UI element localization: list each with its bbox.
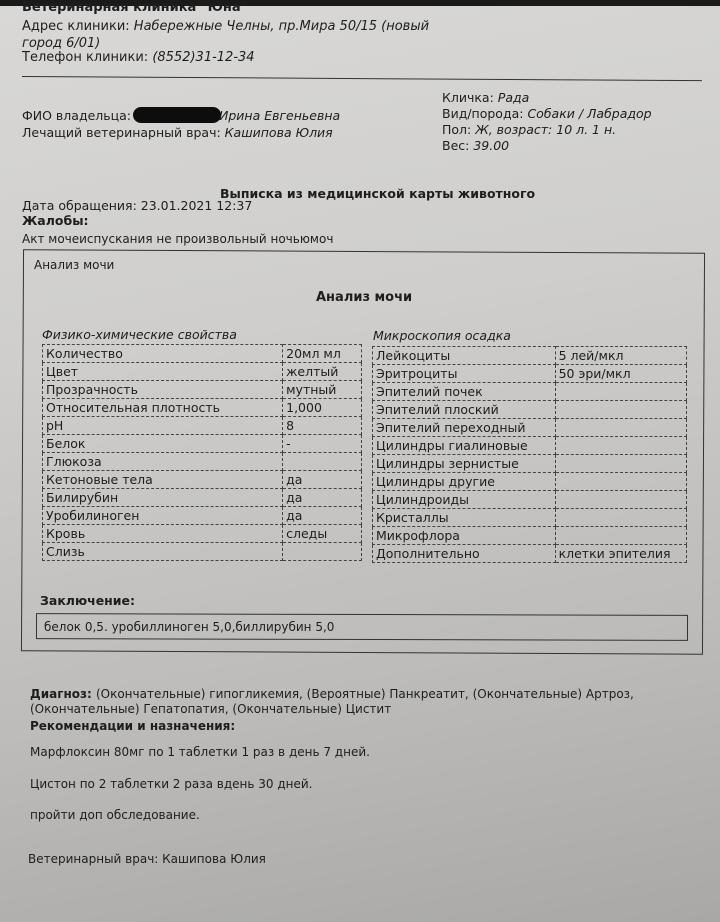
pet-weight-value: 39.00 [473, 138, 509, 153]
table-row: Цилиндры другие [373, 473, 687, 491]
conclusion-text: белок 0,5. уробиллиноген 5,0,биллирубин … [44, 620, 334, 634]
pet-name-value: Рада [498, 90, 530, 105]
complaints-heading: Жалобы: [22, 213, 89, 228]
parameter-name: Цилиндроиды [373, 491, 556, 509]
table-row: Микрофлора [373, 527, 687, 545]
parameter-name: Белок [43, 435, 283, 453]
pet-name-label: Кличка: [442, 90, 498, 105]
microscopy-table: Лейкоциты5 лей/мклЭритроциты50 эри/мклЭп… [372, 346, 687, 563]
complaints-text: Акт мочеиспускания не произвольный ночью… [22, 232, 333, 246]
parameter-value [283, 543, 362, 561]
parameter-name: pH [43, 417, 283, 435]
table-row: Цветжелтый [43, 363, 362, 381]
physchem-table: Количество20мл млЦветжелтыйПрозрачностьм… [42, 344, 362, 561]
table-row: Эпителий переходный [373, 419, 687, 437]
signature-label: Ветеринарный врач: [28, 852, 162, 866]
table-row: Лейкоциты5 лей/мкл [373, 347, 687, 365]
parameter-name: Уробилиноген [43, 507, 283, 525]
parameter-value: 8 [283, 417, 362, 435]
table-row: Цилиндры зернистые [373, 455, 687, 473]
table-row: Белок- [43, 435, 362, 453]
table-row: Кристаллы [373, 509, 687, 527]
table-row: pH8 [43, 417, 362, 435]
table-row: Прозрачностьмутный [43, 381, 362, 399]
recommendation-item: пройти доп обследование. [30, 808, 200, 822]
table-row: Билирубинда [43, 489, 362, 507]
parameter-name: Эритроциты [373, 365, 556, 383]
parameter-name: Дополнительно [373, 545, 556, 563]
header-divider [22, 76, 702, 81]
parameter-value: 5 лей/мкл [555, 347, 686, 365]
parameter-value: 20мл мл [283, 345, 362, 363]
parameter-name: Билирубин [43, 489, 283, 507]
signature-value: Кашипова Юлия [162, 852, 266, 866]
table-row: Эпителий плоский [373, 401, 687, 419]
parameter-value [555, 437, 686, 455]
parameter-name: Глюкоза [43, 453, 283, 471]
parameter-name: Цилиндры другие [373, 473, 556, 491]
pet-breed-label: Вид/порода: [442, 106, 527, 121]
parameter-name: Цвет [43, 363, 283, 381]
analysis-box-label: Анализ мочи [34, 258, 114, 272]
parameter-value [555, 527, 686, 545]
parameter-name: Эпителий почек [373, 383, 556, 401]
clinic-address-label: Адрес клиники: [22, 19, 134, 34]
signature: Ветеринарный врач: Кашипова Юлия [28, 852, 266, 866]
parameter-name: Эпителий плоский [373, 401, 556, 419]
pet-breed-value: Собаки / Лабрадор [527, 106, 651, 121]
conclusion-heading: Заключение: [40, 593, 135, 608]
table-row: Кровьследы [43, 525, 362, 543]
diagnosis: Диагноз: (Окончательные) гипогликемия, (… [30, 687, 710, 717]
parameter-value: желтый [283, 363, 362, 381]
table-row: Уробилиногенда [43, 507, 362, 525]
parameter-value [555, 491, 686, 509]
parameter-name: Эпителий переходный [373, 419, 556, 437]
pet-sex-age-label: Пол: [442, 122, 475, 137]
parameter-name: Прозрачность [43, 381, 283, 399]
visit-date-value: 23.01.2021 12:37 [141, 198, 253, 213]
microscopy-title: Микроскопия осадка [373, 328, 511, 343]
parameter-value: 50 эри/мкл [555, 365, 686, 383]
parameter-value [555, 383, 686, 401]
clinic-name: Ветеринарная клиника "Юна" [22, 0, 247, 15]
parameter-value: следы [283, 525, 362, 543]
parameter-name: Цилиндры гиалиновые [373, 437, 556, 455]
parameter-value [555, 419, 686, 437]
doctor-value: Кашипова Юлия [225, 125, 333, 140]
parameter-name: Микрофлора [373, 527, 556, 545]
visit-date-label: Дата обращения: [22, 198, 141, 213]
table-row: Кетоновые телада [43, 471, 362, 489]
doctor-label: Лечащий ветеринарный врач: [22, 125, 225, 140]
analysis-title: Анализ мочи [316, 290, 412, 305]
parameter-value [555, 455, 686, 473]
parameter-name: Кровь [43, 525, 283, 543]
table-row: Относительная плотность1,000 [43, 399, 362, 417]
table-row: Эритроциты50 эри/мкл [373, 365, 687, 383]
parameter-value: да [283, 507, 362, 525]
owner-value: Ирина Евгеньевна [219, 108, 340, 123]
table-row: Эпителий почек [373, 383, 687, 401]
parameter-name: Кетоновые тела [43, 471, 283, 489]
doctor-line: Лечащий ветеринарный врач: Кашипова Юлия [22, 125, 333, 140]
parameter-value [555, 401, 686, 419]
parameter-value: клетки эпителия [555, 545, 686, 563]
parameter-value: да [283, 489, 362, 507]
diagnosis-label: Диагноз: [30, 687, 96, 701]
recommendation-item: Марфлоксин 80мг по 1 таблетки 1 раз в де… [30, 745, 370, 759]
owner-label: ФИО владельца: [22, 108, 135, 123]
visit-date: Дата обращения: 23.01.2021 12:37 [22, 198, 252, 213]
parameter-name: Цилиндры зернистые [373, 455, 556, 473]
parameter-name: Лейкоциты [373, 347, 556, 365]
recommendations-heading: Рекомендации и назначения: [30, 719, 235, 733]
diagnosis-text: (Окончательные) гипогликемия, (Вероятные… [30, 687, 634, 716]
table-row: Дополнительноклетки эпителия [373, 545, 687, 563]
parameter-value: 1,000 [283, 399, 362, 417]
parameter-value [555, 509, 686, 527]
clinic-phone-value: (8552)31-12-34 [152, 50, 254, 65]
owner-line: ФИО владельца: Ирина Евгеньевна [22, 107, 340, 123]
pet-weight-label: Вес: [442, 138, 473, 153]
recommendation-item: Цистон по 2 таблетки 2 раза вдень 30 дне… [30, 777, 312, 791]
parameter-name: Слизь [43, 543, 283, 561]
parameter-value: - [283, 435, 362, 453]
parameter-value: мутный [283, 381, 362, 399]
parameter-name: Относительная плотность [43, 399, 283, 417]
table-row: Цилиндры гиалиновые [373, 437, 687, 455]
parameter-value [555, 473, 686, 491]
redaction-mark [133, 107, 221, 123]
table-row: Количество20мл мл [43, 345, 362, 363]
clinic-phone-label: Телефон клиники: [22, 50, 152, 65]
physchem-title: Физико-химические свойства [42, 327, 237, 342]
parameter-value: да [283, 471, 362, 489]
parameter-name: Кристаллы [373, 509, 556, 527]
table-row: Цилиндроиды [373, 491, 687, 509]
document-title: Выписка из медицинской карты животного [220, 186, 535, 201]
pet-info: Кличка: Рада Вид/порода: Собаки / Лабрад… [442, 90, 652, 154]
table-row: Слизь [43, 543, 362, 561]
pet-sex-age-value: Ж, возраст: 10 л. 1 н. [475, 122, 616, 137]
clinic-phone: Телефон клиники: (8552)31-12-34 [22, 50, 255, 65]
clinic-address: Адрес клиники: Набережные Челны, пр.Мира… [22, 18, 442, 52]
parameter-name: Количество [43, 345, 283, 363]
table-row: Глюкоза [43, 453, 362, 471]
parameter-value [283, 453, 362, 471]
